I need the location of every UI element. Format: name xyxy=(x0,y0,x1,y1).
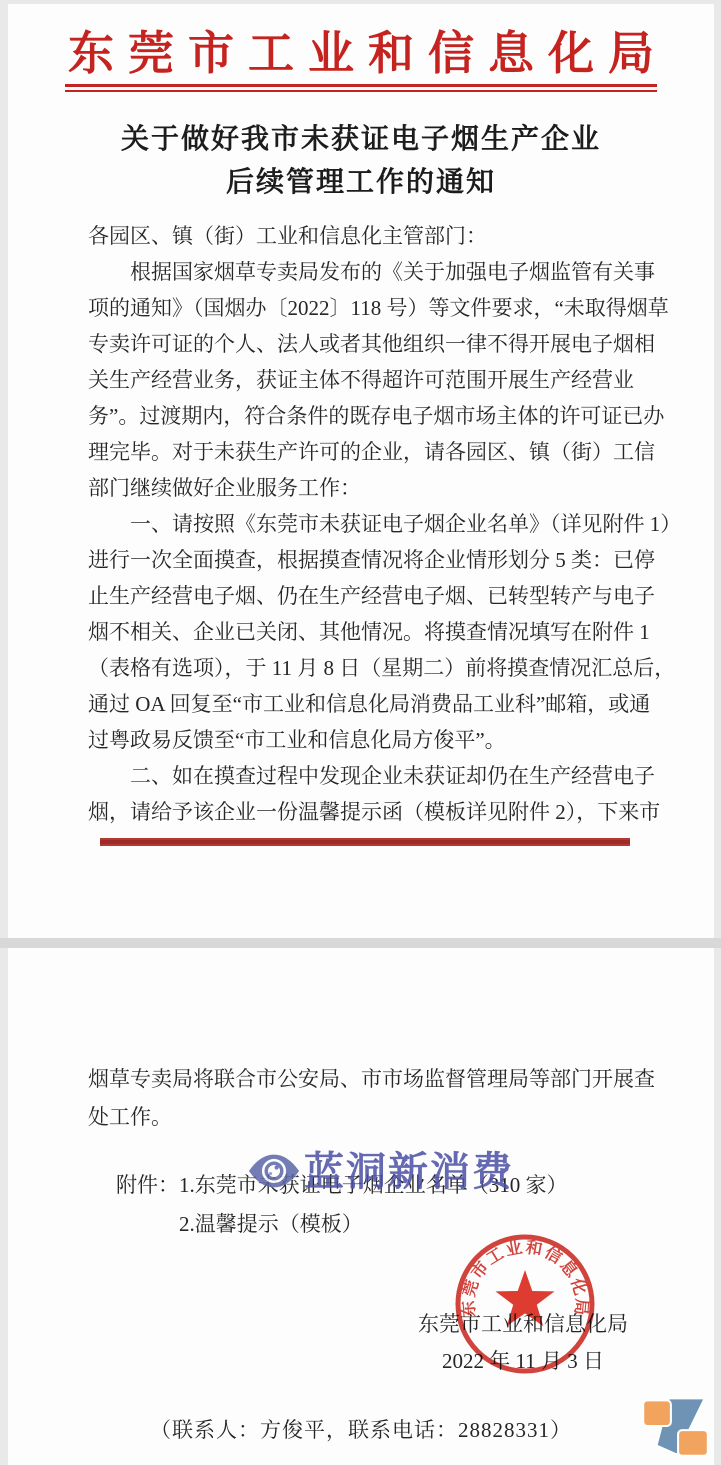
body-line: 处工作。 xyxy=(88,1098,642,1136)
document-title: 关于做好我市未获证电子烟生产企业 后续管理工作的通知 xyxy=(8,118,714,204)
page2-body: 烟草专卖局将联合市公安局、市市场监督管理局等部门开展查处工作。 xyxy=(8,948,714,1136)
document-screenshot: 东莞市工业和信息化局 关于做好我市未获证电子烟生产企业 后续管理工作的通知 各园… xyxy=(0,0,721,1465)
document-title-line2: 后续管理工作的通知 xyxy=(8,161,714,204)
contact-line: （联系人：方俊平，联系电话：28828331） xyxy=(8,1414,714,1444)
body-line: 烟，请给予该企业一份温馨提示函（模板详见附件 2），下来市 xyxy=(88,794,642,830)
body-line: 一、请按照《东莞市未获证电子烟企业名单》（详见附件 1） xyxy=(88,506,642,542)
body-line: 项的通知》（国烟办〔2022〕118 号）等文件要求，“未取得烟草 xyxy=(88,290,642,326)
attachments-label: 附件： xyxy=(116,1166,179,1244)
page1-body: 各园区、镇（街）工业和信息化主管部门： 根据国家烟草专卖局发布的《关于加强电子烟… xyxy=(8,218,714,830)
attachments-list: 1.东莞市未获证电子烟企业名单（310 家）2.温馨提示（模板） xyxy=(179,1166,568,1244)
signature-date: 2022 年 11 月 3 日 xyxy=(418,1343,628,1380)
body-line: 二、如在摸查过程中发现企业未获证却仍在生产经营电子 xyxy=(88,758,642,794)
body-line: 务”。过渡期内，符合条件的既存电子烟市场主体的许可证已办 xyxy=(88,398,642,434)
document-title-line1: 关于做好我市未获证电子烟生产企业 xyxy=(8,118,714,161)
attachment-item: 1.东莞市未获证电子烟企业名单（310 家） xyxy=(179,1166,568,1205)
page1-footer-rule xyxy=(100,838,630,846)
body-line: 烟不相关、企业已关闭、其他情况。将摸查情况填写在附件 1 xyxy=(88,614,642,650)
page-separator xyxy=(0,938,721,948)
body-line: 通过 OA 回复至“市工业和信息化局消费品工业科”邮箱，或通 xyxy=(88,686,642,722)
body-line: 过粤政易反馈至“市工业和信息化局方俊平”。 xyxy=(88,722,642,758)
body-line: 关生产经营业务，获证主体不得超许可范围开展生产经营业 xyxy=(88,362,642,398)
agency-header: 东莞市工业和信息化局 xyxy=(8,28,714,80)
signature-agency: 东莞市工业和信息化局 xyxy=(418,1306,628,1343)
body-line: 专卖许可证的个人、法人或者其他组织一律不得开展电子烟相 xyxy=(88,326,642,362)
body-line: 根据国家烟草专卖局发布的《关于加强电子烟监管有关事 xyxy=(88,254,642,290)
body-line: 止生产经营电子烟、仍在生产经营电子烟、已转型转产与电子 xyxy=(88,578,642,614)
body-line: 烟草专卖局将联合市公安局、市市场监督管理局等部门开展查 xyxy=(88,1060,642,1098)
attachments: 附件： 1.东莞市未获证电子烟企业名单（310 家）2.温馨提示（模板） xyxy=(8,1166,714,1244)
body-line: （表格有选项），于 11 月 8 日（星期二）前将摸查情况汇总后， xyxy=(88,650,642,686)
body-line: 各园区、镇（街）工业和信息化主管部门： xyxy=(88,218,642,254)
page-2: 烟草专卖局将联合市公安局、市市场监督管理局等部门开展查处工作。 附件： 1.东莞… xyxy=(8,948,714,1465)
z-brand-logo-icon xyxy=(636,1389,714,1463)
body-line: 理完毕。对于未获生产许可的企业，请各园区、镇（街）工信 xyxy=(88,434,642,470)
attachment-item: 2.温馨提示（模板） xyxy=(179,1205,568,1244)
body-line: 部门继续做好企业服务工作： xyxy=(88,470,642,506)
header-double-rule xyxy=(65,84,657,92)
page-1: 东莞市工业和信息化局 关于做好我市未获证电子烟生产企业 后续管理工作的通知 各园… xyxy=(8,4,714,938)
signature-block: 东莞市工业和信息化局 2022 年 11 月 3 日 xyxy=(418,1306,628,1380)
body-line: 进行一次全面摸查，根据摸查情况将企业情形划分 5 类：已停 xyxy=(88,542,642,578)
